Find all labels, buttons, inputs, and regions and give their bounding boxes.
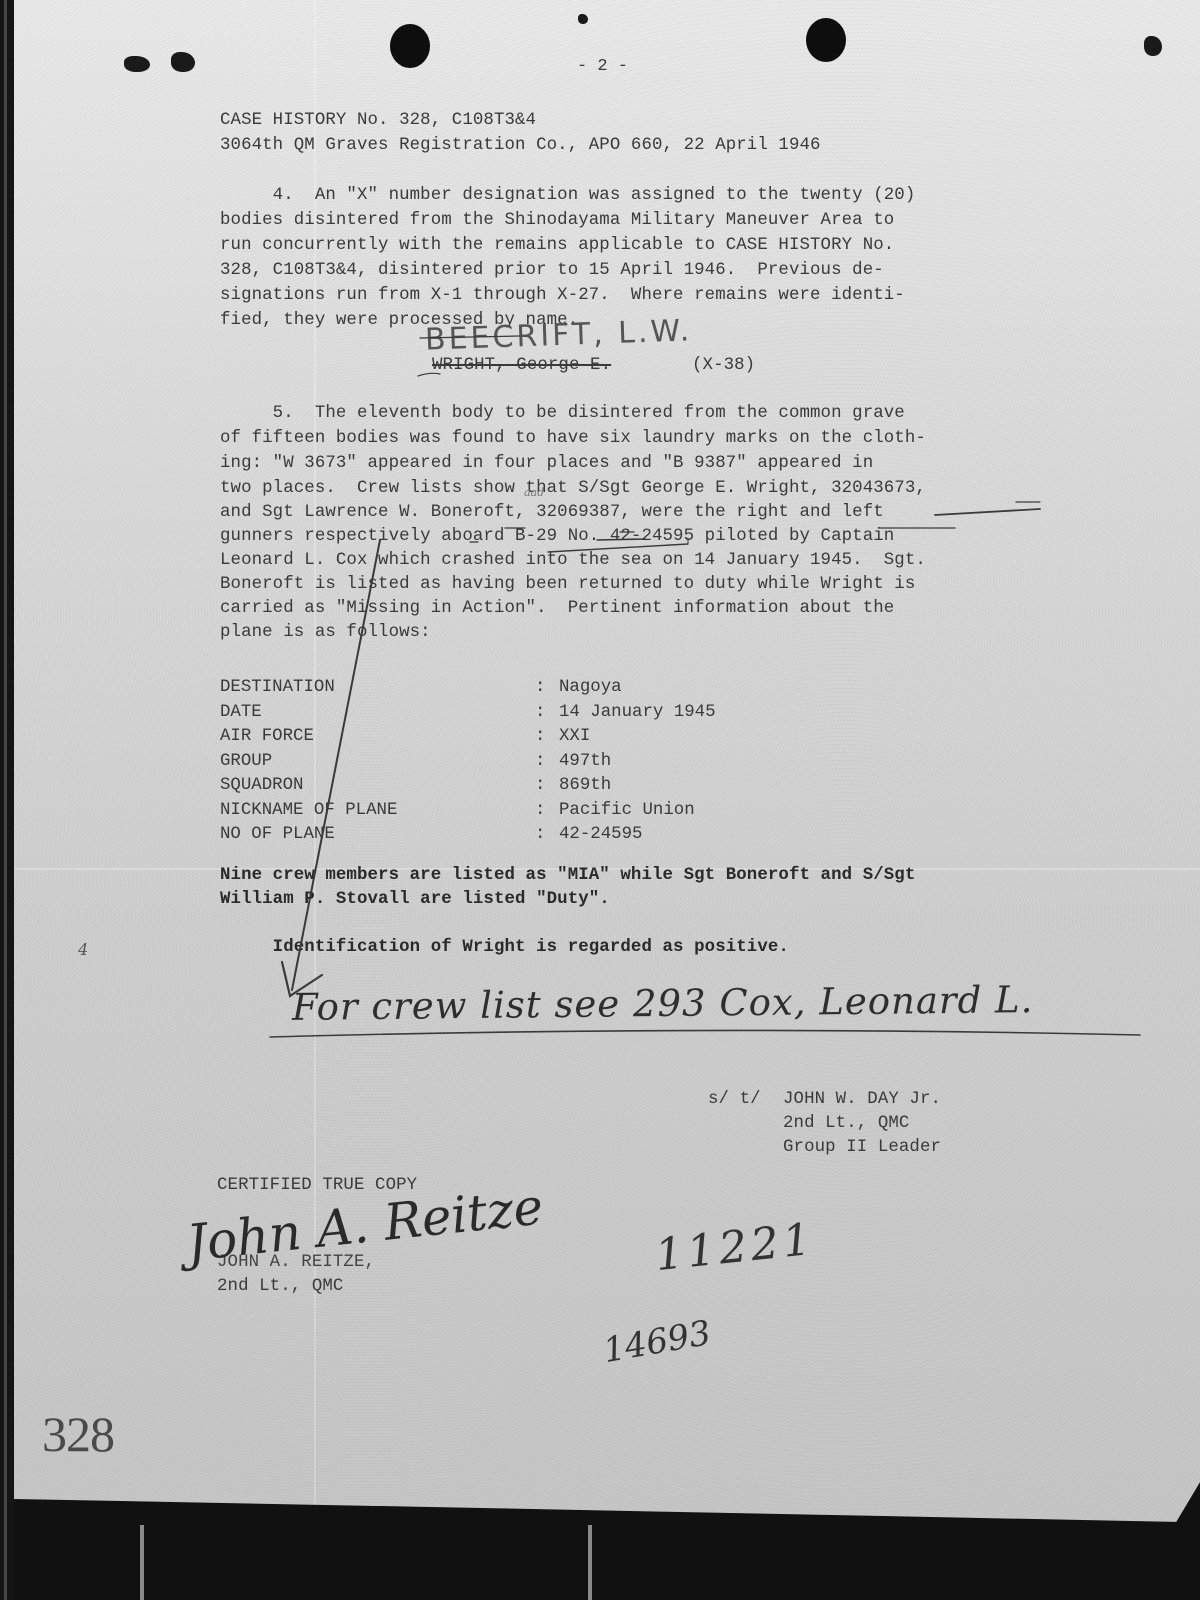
ink-speck [578, 14, 588, 24]
paragraph-line: of fifteen bodies was found to have six … [220, 426, 926, 451]
plane-info-row: GROUP:497th [220, 750, 716, 775]
plane-info-value: Nagoya [559, 676, 716, 701]
signer-name: JOHN W. DAY Jr. [783, 1087, 941, 1112]
plane-info-value: Pacific Union [559, 799, 716, 824]
plane-info-separator: : [535, 823, 559, 848]
unit-date-line: 3064th QM Graves Registration Co., APO 6… [220, 133, 821, 158]
margin-mark: 4 [78, 940, 88, 959]
paragraph-line: 5. The eleventh body to be disintered fr… [220, 401, 905, 426]
struck-name: WRIGHT, George E. [432, 353, 611, 378]
binder-gap [588, 1525, 592, 1600]
plane-info-row: AIR FORCE:XXI [220, 725, 716, 750]
paragraph-line: two places. Crew lists show that S/Sgt G… [220, 476, 926, 501]
plane-info-separator: : [535, 676, 559, 701]
paragraph-line: and Sgt Lawrence W. Boneroft, 32069387, … [220, 500, 884, 525]
plane-info-separator: : [535, 750, 559, 775]
signer-title: Group II Leader [783, 1135, 941, 1160]
identification-statement: Identification of Wright is regarded as … [220, 935, 789, 960]
x-designation: (X-38) [692, 353, 755, 378]
punch-hole-icon [806, 18, 846, 62]
signature-prefix: s/ t/ [708, 1087, 761, 1112]
plane-info-row: DESTINATION:Nagoya [220, 676, 716, 701]
paragraph-line: signations run from X-1 through X-27. Wh… [220, 283, 905, 308]
ink-speck [124, 56, 150, 72]
punch-hole-icon [390, 24, 430, 68]
plane-info-separator: : [535, 701, 559, 726]
plane-info-separator: : [535, 799, 559, 824]
plane-info-label: GROUP [220, 750, 535, 775]
plane-info-label: AIR FORCE [220, 725, 535, 750]
binder-gap [140, 1525, 144, 1600]
plane-info-label: NICKNAME OF PLANE [220, 799, 535, 824]
crew-status-line: Nine crew members are listed as "MIA" wh… [220, 863, 915, 888]
plane-info-separator: : [535, 774, 559, 799]
plane-info-label: NO OF PLANE [220, 823, 535, 848]
plane-info-separator: : [535, 725, 559, 750]
scanner-edge-line [4, 0, 7, 1600]
plane-info-value: 869th [559, 774, 716, 799]
paragraph-line: Leonard L. Cox which crashed into the se… [220, 548, 926, 573]
plane-info-row: SQUADRON:869th [220, 774, 716, 799]
paragraph-line: Boneroft is listed as having been return… [220, 572, 915, 597]
crew-status-line: William P. Stovall are listed "Duty". [220, 887, 610, 912]
paragraph-line: ing: "W 3673" appeared in four places an… [220, 451, 873, 476]
plane-info-row: DATE:14 January 1945 [220, 701, 716, 726]
plane-info-value: 14 January 1945 [559, 701, 716, 726]
plane-info-row: NICKNAME OF PLANE:Pacific Union [220, 799, 716, 824]
plane-info-table: DESTINATION:NagoyaDATE:14 January 1945AI… [220, 676, 716, 848]
handwritten-insert: aad [524, 486, 544, 499]
case-number-stamp: 328 [42, 1405, 114, 1463]
paragraph-line: bodies disintered from the Shinodayama M… [220, 208, 894, 233]
paragraph-line: carried as "Missing in Action". Pertinen… [220, 596, 894, 621]
paragraph-line: run concurrently with the remains applic… [220, 233, 894, 258]
handwritten-crew-list-note: For crew list see 293 Cox, Leonard L. [292, 978, 1034, 1029]
paragraph-line: gunners respectively aboard B-29 No. 42-… [220, 524, 894, 549]
scanner-edge [0, 0, 14, 1600]
signer-rank: 2nd Lt., QMC [783, 1111, 909, 1136]
plane-info-value: 497th [559, 750, 716, 775]
ink-speck [171, 52, 195, 72]
paragraph-line: plane is as follows: [220, 620, 431, 645]
paragraph-line: 328, C108T3&4, disintered prior to 15 Ap… [220, 258, 884, 283]
plane-info-value: XXI [559, 725, 716, 750]
plane-info-label: DATE [220, 701, 535, 726]
plane-info-value: 42-24595 [559, 823, 716, 848]
paragraph-line: 4. An "X" number designation was assigne… [220, 183, 915, 208]
plane-info-label: DESTINATION [220, 676, 535, 701]
plane-info-label: SQUADRON [220, 774, 535, 799]
plane-info-row: NO OF PLANE:42-24595 [220, 823, 716, 848]
ink-speck [1144, 36, 1162, 56]
certifier-rank: 2nd Lt., QMC [217, 1274, 343, 1299]
case-history-title: CASE HISTORY No. 328, C108T3&4 [220, 108, 536, 133]
page-number: - 2 - [577, 57, 628, 76]
